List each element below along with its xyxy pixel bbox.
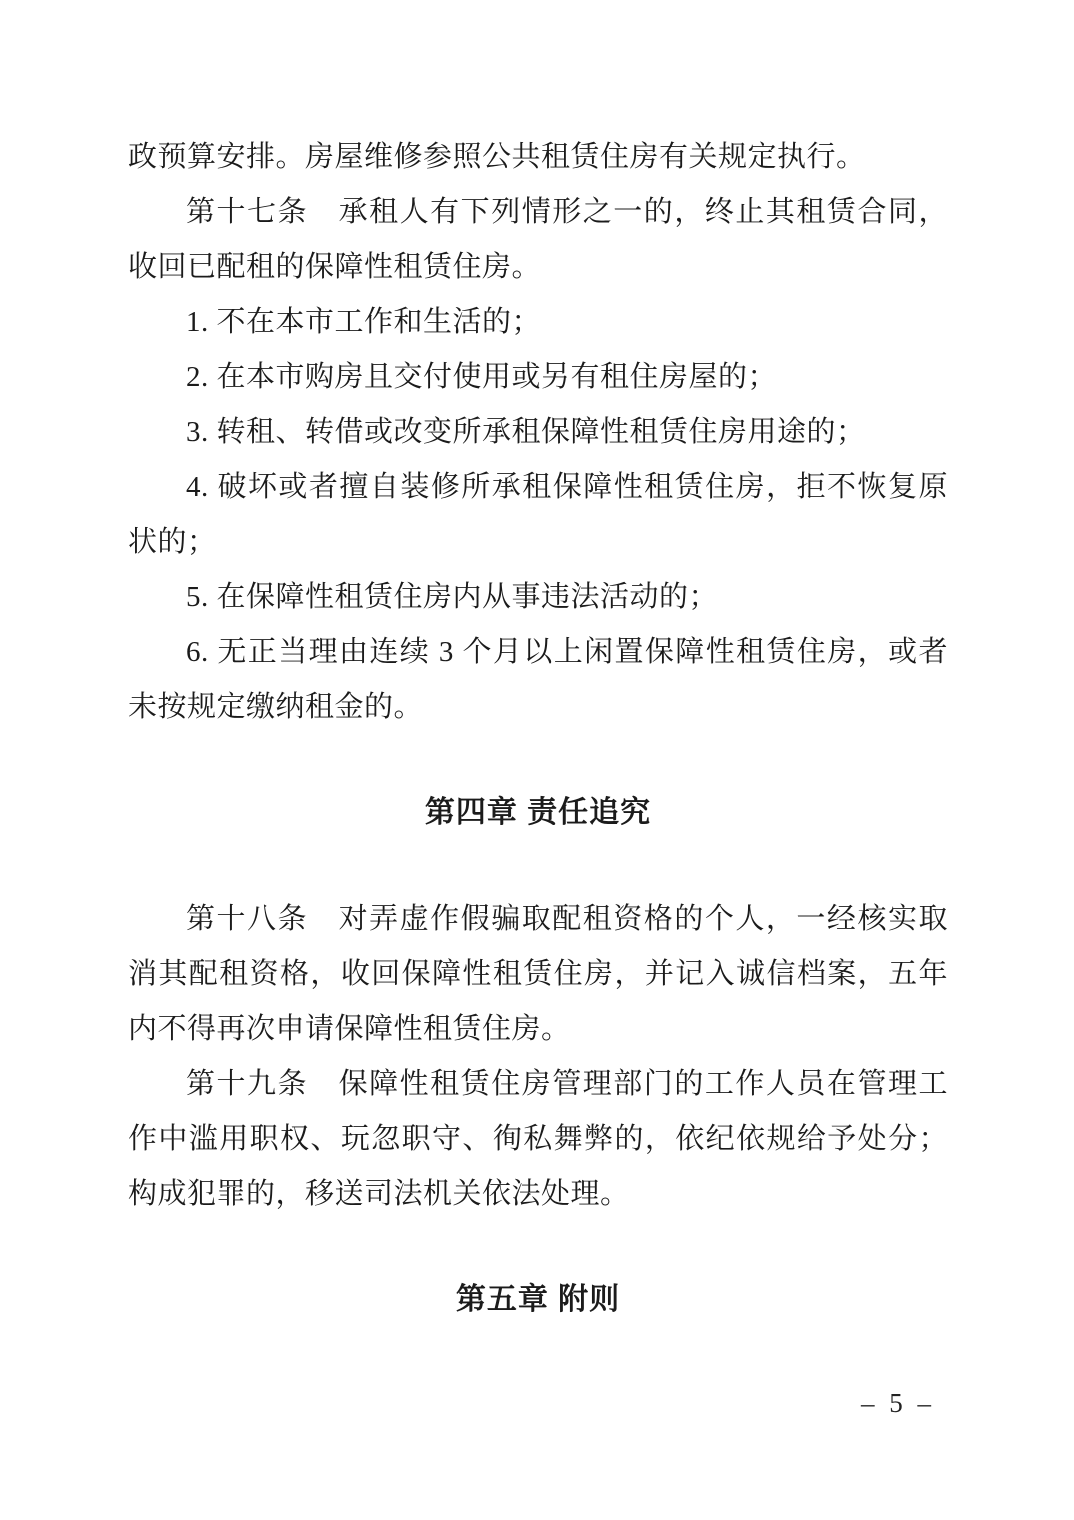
list-item-5: 5. 在保障性租赁住房内从事违法活动的；: [128, 570, 948, 625]
document-page: 政预算安排。房屋维修参照公共租赁住房有关规定执行。 第十七条 承租人有下列情形之…: [0, 0, 1074, 1520]
paragraph-article-18: 第十八条 对弄虚作假骗取配租资格的个人，一经核实取消其配租资格，收回保障性租赁住…: [128, 892, 948, 1057]
list-item-2: 2. 在本市购房且交付使用或另有租住房屋的；: [128, 350, 948, 405]
list-item-4: 4. 破坏或者擅自装修所承租保障性租赁住房，拒不恢复原状的；: [128, 460, 948, 570]
page-number: – 5 –: [861, 1385, 935, 1421]
chapter-heading-4: 第四章 责任追究: [128, 785, 948, 840]
paragraph-article-19: 第十九条 保障性租赁住房管理部门的工作人员在管理工作中滥用职权、玩忽职守、徇私舞…: [128, 1057, 948, 1222]
list-item-3: 3. 转租、转借或改变所承租保障性租赁住房用途的；: [128, 405, 948, 460]
paragraph-article-17: 第十七条 承租人有下列情形之一的，终止其租赁合同，收回已配租的保障性租赁住房。: [128, 185, 948, 295]
paragraph-continuation: 政预算安排。房屋维修参照公共租赁住房有关规定执行。: [128, 130, 948, 185]
list-item-1: 1. 不在本市工作和生活的；: [128, 295, 948, 350]
chapter-heading-5: 第五章 附则: [128, 1272, 948, 1327]
list-item-6: 6. 无正当理由连续 3 个月以上闲置保障性租赁住房，或者未按规定缴纳租金的。: [128, 625, 948, 735]
document-body: 政预算安排。房屋维修参照公共租赁住房有关规定执行。 第十七条 承租人有下列情形之…: [128, 130, 948, 1379]
